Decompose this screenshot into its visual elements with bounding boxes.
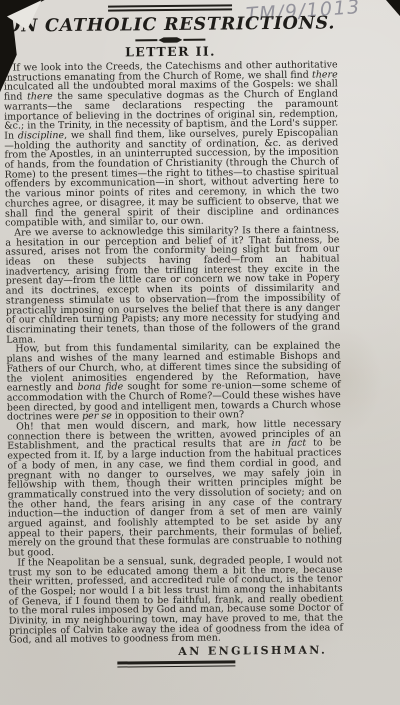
divider-line: [135, 39, 157, 41]
newspaper-clipping-paper: TM/9/1013 ON CATHOLIC RESTRICTIONS. LETT…: [0, 0, 400, 705]
clipped-corner-top-right: [380, 0, 400, 17]
paragraph: If we look into the Creeds, the Catechis…: [4, 60, 340, 228]
article-body: If we look into the Creeds, the Catechis…: [4, 60, 344, 645]
bottom-double-rule: [117, 661, 235, 668]
divider-line: [183, 39, 205, 41]
paragraph: How, but from this fundamental similarit…: [6, 342, 341, 423]
paragraph: If the Neapolitan be a sensual, sunk, de…: [8, 555, 343, 646]
letter-heading: LETTER II.: [3, 42, 337, 60]
page-title: ON CATHOLIC RESTRICTIONS.: [3, 13, 337, 36]
signature-row: AN ENGLISHMAN.: [9, 644, 343, 660]
scanned-clipping: TM/9/1013 ON CATHOLIC RESTRICTIONS. LETT…: [0, 0, 400, 705]
author-signature: AN ENGLISHMAN.: [178, 644, 327, 658]
paragraph: Are we averse to acknowledge this simila…: [5, 225, 340, 345]
paragraph: Oh! that men would discern, and mark, ho…: [7, 419, 342, 558]
top-double-rule: [108, 4, 232, 11]
diamond-ornament-icon: [158, 37, 182, 43]
printed-column: ON CATHOLIC RESTRICTIONS. LETTER II. If …: [3, 0, 343, 668]
